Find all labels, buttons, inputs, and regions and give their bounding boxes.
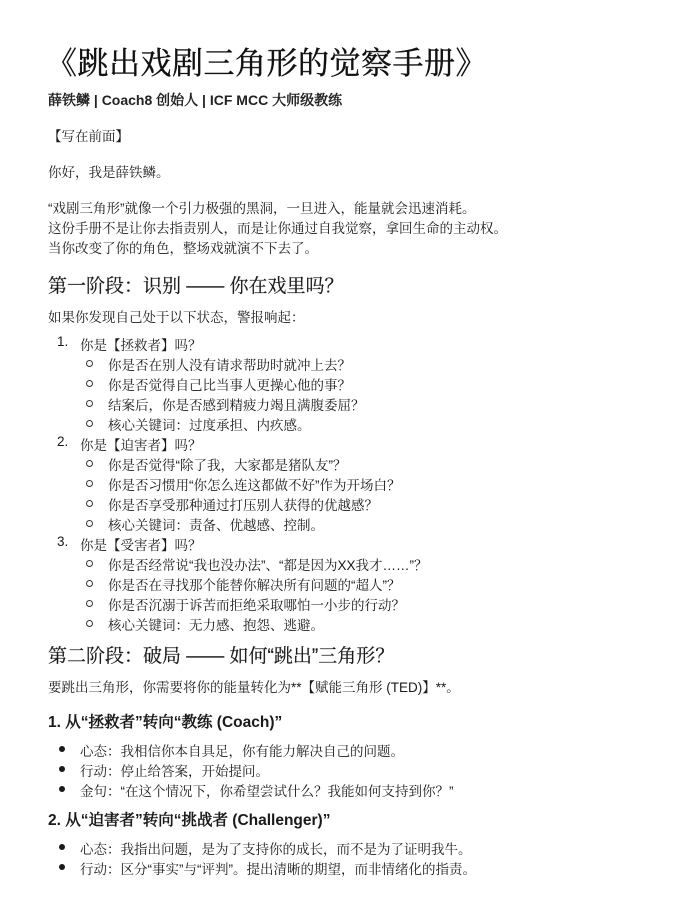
list-item: 金句：“在这个情况下，你希望尝试什么？我能如何支持到你？” <box>80 780 454 800</box>
list-item: 结案后，你是否感到精疲力竭且满腹委屈？ <box>108 394 365 414</box>
preface-label: 【写在前面】 <box>48 125 129 145</box>
role-label: 你是【迫害者】吗？ <box>80 434 202 454</box>
list-number: 2. <box>57 434 68 449</box>
circle-bullet-icon <box>86 460 93 467</box>
list-item: 你是否沉溺于诉苦而拒绝采取哪怕一小步的行动？ <box>108 594 405 614</box>
list-item: 行动：停止给答案，开始提问。 <box>80 760 269 780</box>
shift-heading: 2. 从“迫害者”转向“挑战者 (Challenger)” <box>48 808 330 830</box>
intro-line: “戏剧三角形”就像一个引力极强的黑洞，一旦进入，能量就会迅速消耗。 <box>48 197 476 217</box>
role-label: 你是【拯救者】吗？ <box>80 334 202 354</box>
document-title: 《跳出戏剧三角形的觉察手册》 <box>46 38 487 83</box>
intro-line: 当你改变了你的角色，整场戏就演不下去了。 <box>48 237 318 257</box>
bullet-dot-icon <box>59 844 65 850</box>
stage1-heading: 第一阶段：识别 —— 你在戏里吗？ <box>48 271 344 298</box>
stage1-lead: 如果你发现自己处于以下状态，警报响起： <box>48 306 305 326</box>
circle-bullet-icon <box>86 560 93 567</box>
bullet-dot-icon <box>59 746 65 752</box>
circle-bullet-icon <box>86 580 93 587</box>
list-item: 心态：我相信你本自具足，你有能力解决自己的问题。 <box>80 740 404 760</box>
list-item: 行动：区分“事实”与“评判”。提出清晰的期望，而非情绪化的指责。 <box>80 858 476 878</box>
list-item: 你是否经常说“我也没办法”、“都是因为XX我才……”？ <box>108 554 428 574</box>
shift-heading: 1. 从“拯救者”转向“教练 (Coach)” <box>48 710 282 732</box>
circle-bullet-icon <box>86 380 93 387</box>
stage2-heading: 第二阶段：破局 —— 如何“跳出”三角形？ <box>48 641 394 668</box>
list-item: 你是否在别人没有请求帮助时就冲上去？ <box>108 354 351 374</box>
circle-bullet-icon <box>86 360 93 367</box>
bullet-dot-icon <box>59 864 65 870</box>
circle-bullet-icon <box>86 400 93 407</box>
list-item: 核心关键词：过度承担、内疚感。 <box>108 414 311 434</box>
role-label: 你是【受害者】吗？ <box>80 534 202 554</box>
circle-bullet-icon <box>86 500 93 507</box>
list-item: 你是否习惯用“你怎么连这都做不好”作为开场白？ <box>108 474 401 494</box>
list-item: 核心关键词：责备、优越感、控制。 <box>108 514 324 534</box>
circle-bullet-icon <box>86 420 93 427</box>
bullet-dot-icon <box>59 786 65 792</box>
list-item: 你是否在寻找那个能替你解决所有问题的“超人”？ <box>108 574 401 594</box>
greeting: 你好，我是薛铁鳞。 <box>48 161 170 181</box>
circle-bullet-icon <box>86 600 93 607</box>
stage2-lead: 要跳出三角形，你需要将你的能量转化为**【赋能三角形 (TED)】**。 <box>48 676 460 696</box>
list-item: 心态：我指出问题，是为了支持你的成长，而不是为了证明我牛。 <box>80 838 472 858</box>
list-item: 你是否享受那种通过打压别人获得的优越感？ <box>108 494 378 514</box>
intro-line: 这份手册不是让你去指责别人，而是让你通过自我觉察，拿回生命的主动权。 <box>48 217 507 237</box>
circle-bullet-icon <box>86 480 93 487</box>
circle-bullet-icon <box>86 620 93 627</box>
list-number: 3. <box>57 534 68 549</box>
author-byline: 薛铁鳞 | Coach8 创始人 | ICF MCC 大师级教练 <box>48 90 342 110</box>
list-number: 1. <box>57 334 68 349</box>
list-item: 你是否觉得自己比当事人更操心他的事？ <box>108 374 351 394</box>
circle-bullet-icon <box>86 520 93 527</box>
list-item: 你是否觉得“除了我，大家都是猪队友”？ <box>108 454 347 474</box>
bullet-dot-icon <box>59 766 65 772</box>
list-item: 核心关键词：无力感、抱怨、逃避。 <box>108 614 324 634</box>
